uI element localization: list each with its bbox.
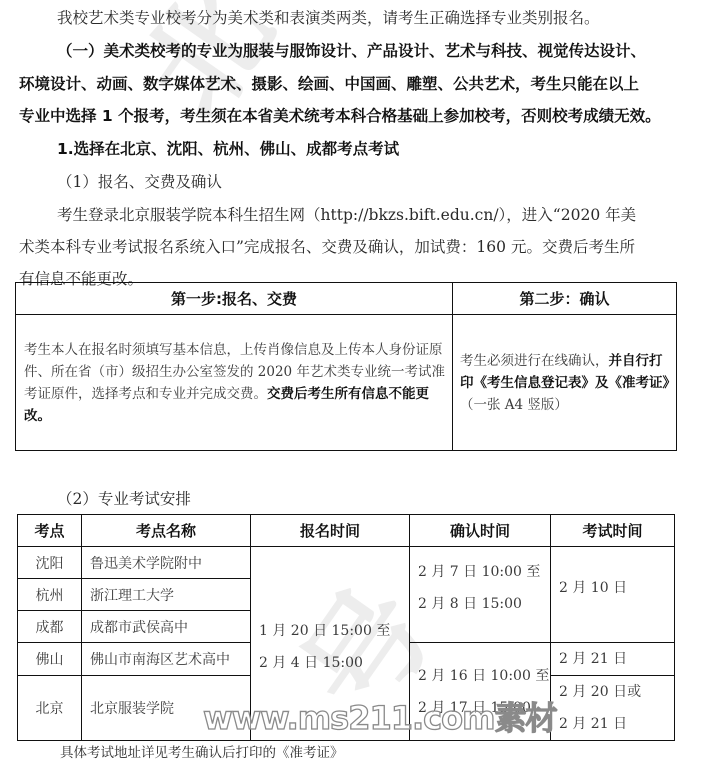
item-1-body-line-2: 术类本科专业考试报名系统入口”完成报名、交费及确认，加试费：160 元。交费后考…	[19, 237, 635, 257]
item-2-title: （2）专业考试安排	[57, 489, 191, 509]
registration-time-cell: 1 月 20 日 15:00 至 2 月 4 日 15:00	[251, 547, 410, 741]
subsection-title: 1.选择在北京、沈阳、杭州、佛山、成都考点考试	[57, 139, 399, 159]
header-site: 考点名称	[82, 515, 251, 547]
site-cell: 鲁迅美术学院附中	[82, 547, 251, 579]
item-1-title: （1）报名、交费及确认	[57, 172, 222, 192]
confirm-2-end: 2 月 17 日 15:00	[418, 692, 550, 724]
step-2-header: 第二步：确认	[453, 283, 677, 315]
steps-table: 第一步:报名、交费 第二步：确认 考生本人在报名时须填写基本信息，上传肖像信息及…	[15, 282, 677, 451]
footnote: 具体考试地址详见考生确认后打印的《准考证》	[60, 743, 344, 763]
header-city: 考点	[18, 515, 82, 547]
exam-time-foshan: 2 月 21 日	[551, 643, 675, 676]
table-row: 沈阳 鲁迅美术学院附中 1 月 20 日 15:00 至 2 月 4 日 15:…	[18, 547, 675, 579]
exam-time-beijing: 2 月 20 日或 2 月 21 日	[551, 676, 675, 741]
header-registration: 报名时间	[251, 515, 410, 547]
art-section-line-1: （一）美术类校考的专业为服装与服饰设计、产品设计、艺术与科技、视觉传达设计、	[57, 41, 646, 61]
step-2-cell: 考生必须进行在线确认，并自行打印《考生信息登记表》及《准考证》（一张 A4 竖版…	[453, 315, 677, 451]
art-section-line-3: 专业中选择 1 个报考，考生须在本省美术统考本科合格基础上参加校考，否则校考成绩…	[19, 106, 661, 126]
confirm-1-start: 2 月 7 日 10:00 至	[418, 556, 550, 588]
confirm-time-group-1: 2 月 7 日 10:00 至 2 月 8 日 15:00	[410, 547, 551, 643]
schedule-header-row: 考点 考点名称 报名时间 确认时间 考试时间	[18, 515, 675, 547]
header-confirmation: 确认时间	[410, 515, 551, 547]
city-cell: 佛山	[18, 643, 82, 676]
schedule-table: 考点 考点名称 报名时间 确认时间 考试时间 沈阳 鲁迅美术学院附中 1 月 2…	[17, 514, 675, 741]
intro-paragraph: 我校艺术类专业校考分为美术类和表演类两类，请考生正确选择专业类别报名。	[57, 8, 600, 28]
site-cell: 佛山市南海区艺术高中	[82, 643, 251, 676]
site-cell: 北京服装学院	[82, 676, 251, 741]
city-cell: 成都	[18, 611, 82, 643]
registration-start: 1 月 20 日 15:00 至	[259, 615, 409, 647]
exam-beijing-line-1: 2 月 20 日或	[559, 676, 674, 708]
exam-beijing-line-2: 2 月 21 日	[559, 708, 674, 740]
step-1-cell: 考生本人在报名时须填写基本信息，上传肖像信息及上传本人身份证原件、所在省（市）级…	[16, 315, 453, 451]
site-cell: 成都市武侯高中	[82, 611, 251, 643]
exam-time-group-1: 2 月 10 日	[551, 547, 675, 643]
step-2-tail: （一张 A4 竖版）	[460, 397, 568, 413]
city-cell: 北京	[18, 676, 82, 741]
confirm-2-start: 2 月 16 日 10:00 至	[418, 660, 550, 692]
header-exam: 考试时间	[551, 515, 675, 547]
registration-end: 2 月 4 日 15:00	[259, 647, 409, 679]
city-cell: 杭州	[18, 579, 82, 611]
exam-1-date: 2 月 10 日	[559, 572, 674, 604]
confirm-time-group-2: 2 月 16 日 10:00 至 2 月 17 日 15:00	[410, 643, 551, 741]
art-section-line-2: 环境设计、动画、数字媒体艺术、摄影、绘画、中国画、雕塑、公共艺术，考生只能在以上	[19, 74, 639, 94]
item-1-body-line-1: 考生登录北京服装学院本科生招生网（http://bkzs.bift.edu.cn…	[57, 205, 636, 225]
step-2-text: 考生必须进行在线确认，	[460, 353, 609, 369]
site-cell: 浙江理工大学	[82, 579, 251, 611]
city-cell: 沈阳	[18, 547, 82, 579]
step-1-header: 第一步:报名、交费	[16, 283, 453, 315]
confirm-1-end: 2 月 8 日 15:00	[418, 588, 550, 620]
